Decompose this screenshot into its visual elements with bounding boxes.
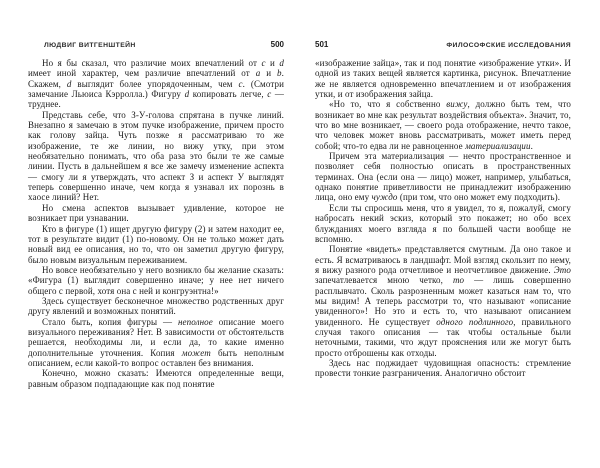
book-spread: ЛЮДВИГ ВИТГЕНШТЕЙН 500 Но я бы сказал, ч… (0, 0, 600, 468)
paragraph: Причем эта материализация — нечто простр… (315, 151, 571, 203)
page-number-left: 500 (271, 40, 284, 49)
page-number-right: 501 (315, 40, 328, 49)
paragraph: Но смена аспектов вызывает удивление, ко… (28, 203, 284, 224)
paragraph: Но я бы сказал, что различие моих впечат… (28, 58, 284, 110)
paragraph: Здесь нас поджидает чудовищная опасность… (315, 358, 571, 379)
page-left: ЛЮДВИГ ВИТГЕНШТЕЙН 500 Но я бы сказал, ч… (0, 0, 300, 468)
running-header-right: 501 ФИЛОСОФСКИЕ ИССЛЕДОВАНИЯ (315, 40, 571, 49)
paragraph: Стало быть, копия фигуры — неполное опис… (28, 317, 284, 369)
running-title-author: ЛЮДВИГ ВИТГЕНШТЕЙН (28, 43, 136, 49)
page-right: 501 ФИЛОСОФСКИЕ ИССЛЕДОВАНИЯ «изображени… (300, 0, 600, 468)
paragraph: «Но то, что я собственно вижу, должно бы… (315, 99, 571, 151)
paragraph: Представь себе, что З-У-голова спрятана … (28, 110, 284, 203)
paragraph: Конечно, можно сказать: Имеются определе… (28, 368, 284, 389)
paragraph: Кто в фигуре (1) ищет другую фигуру (2) … (28, 224, 284, 265)
running-title-book: ФИЛОСОФСКИЕ ИССЛЕДОВАНИЯ (446, 43, 571, 49)
paragraph: Но вовсе необязательно у него возникло б… (28, 265, 284, 296)
paragraph: Если ты спросишь меня, что я увидел, то … (315, 203, 571, 244)
page-body-left: Но я бы сказал, что различие моих впечат… (28, 58, 284, 389)
paragraph: Здесь существует бесконечное множество р… (28, 296, 284, 317)
page-body-right: «изображение зайца», так и под понятие «… (315, 58, 571, 379)
running-header-left: ЛЮДВИГ ВИТГЕНШТЕЙН 500 (28, 40, 284, 49)
paragraph: Понятие «видеть» представляется смутным.… (315, 244, 571, 358)
paragraph: «изображение зайца», так и под понятие «… (315, 58, 571, 99)
